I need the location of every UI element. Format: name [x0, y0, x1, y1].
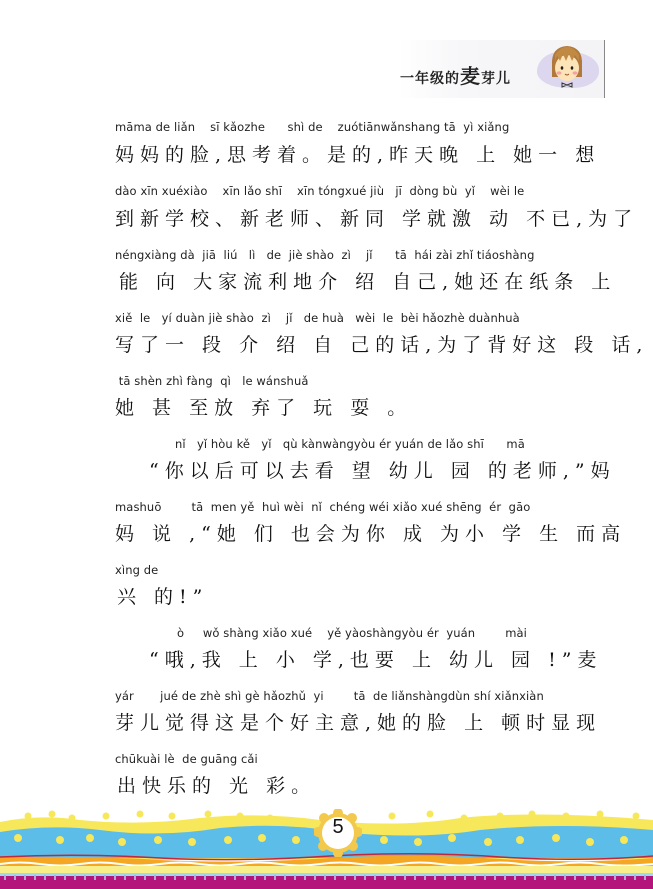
hanzi-line-11: 出快乐的 光 彩。: [117, 771, 316, 798]
girl-avatar-icon: [548, 43, 586, 91]
hanzi-line-6: “你以后可以去看 望 幼儿 园 的老师,”妈: [149, 456, 616, 483]
hanzi-line-8: 兴 的!”: [117, 582, 208, 609]
hanzi-line-2: 到新学校、新老师、新同 学就激 动 不已,为了: [115, 204, 638, 231]
hanzi-line-7: 妈 说 ,“她 们 也会为你 成 为小 学 生 而高: [115, 519, 626, 546]
book-title-part-2: 麦: [460, 64, 481, 88]
book-title: 一年级的麦芽儿: [400, 60, 511, 89]
pinyin-line-11: chūkuài lè de guāng cǎi: [115, 752, 258, 766]
hanzi-line-3: 能 向 大家流利地介 绍 自己,她还在纸条 上: [119, 267, 616, 294]
hanzi-line-9: “哦,我 上 小 学,也要 上 幼儿 园 !”麦: [149, 645, 602, 672]
hanzi-line-4: 写了一 段 介 绍 自 己的话,为了背好这 段 话,: [115, 330, 648, 357]
pinyin-line-1: māma de liǎn sī kǎozhe shì de zuótiānwǎn…: [115, 120, 509, 134]
pinyin-line-3: néngxiàng dà jiā liú lì de jiè shào zì j…: [115, 248, 534, 262]
pinyin-line-10: yár jué de zhè shì gè hǎozhǔ yi tā de li…: [115, 689, 544, 703]
pinyin-line-4: xiě le yí duàn jiè shào zì jǐ de huà wèi…: [115, 311, 520, 325]
pinyin-line-8: xìng de: [115, 563, 158, 577]
page-number: 5: [314, 816, 362, 846]
book-title-part-3: 芽儿: [481, 71, 511, 87]
pinyin-line-7: mashuō tā men yě huì wèi nǐ chéng wéi xi…: [115, 500, 530, 514]
pinyin-line-9: ò wǒ shàng xiǎo xué yě yàoshàngyòu ér yu…: [177, 626, 527, 640]
pinyin-line-6: nǐ yǐ hòu kě yǐ qù kànwàngyòu ér yuán de…: [175, 437, 525, 451]
hanzi-line-10: 芽儿觉得这是个好主意,她的脸 上 顿时显现: [115, 708, 601, 735]
header-divider: [604, 40, 605, 98]
pinyin-line-2: dào xīn xuéxiào xīn lǎo shī xīn tóngxué …: [115, 184, 524, 198]
hanzi-line-5: 她 甚 至放 弃了 玩 耍 。: [115, 393, 412, 420]
hanzi-line-1: 妈妈的脸,思考着。是的,昨天晚 上 她一 想: [115, 140, 600, 167]
book-title-part-1: 一年级的: [400, 71, 460, 87]
pinyin-line-5: tā shèn zhì fàng qì le wánshuǎ: [115, 374, 308, 388]
